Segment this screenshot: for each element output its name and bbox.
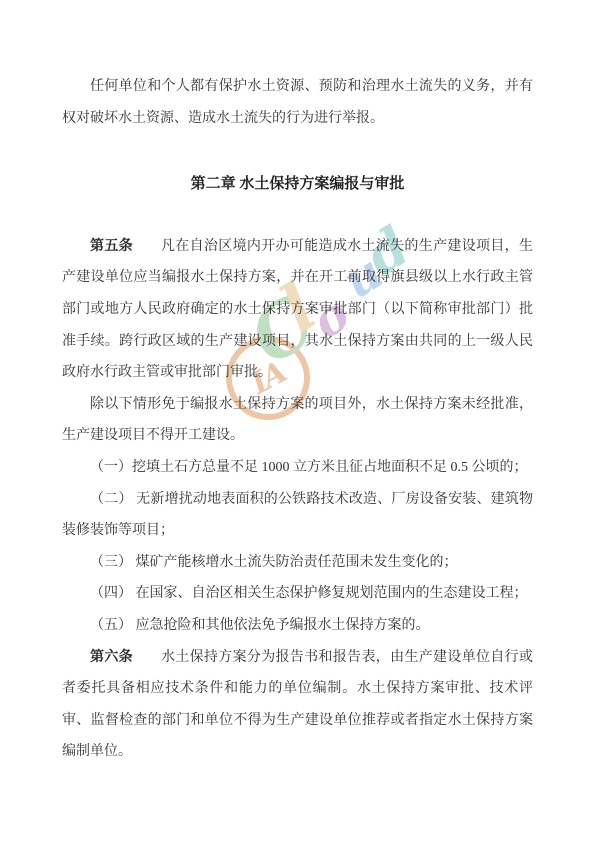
document-page: IA C l o u d 任何单位和个人都有保护水土资源、预防和治理水土流失的义… [0, 0, 595, 841]
list-item-5: （五） 应急抢险和其他依法免予编报水土保持方案的。 [62, 610, 533, 642]
article-5-label: 第五条 [90, 239, 133, 254]
list-item-4-text: （四） 在国家、自治区相关生态保护修复规划范围内的生态建设工程； [90, 586, 528, 601]
document-content: 任何单位和个人都有保护水土资源、预防和治理水土流失的义务，并有权对破坏水土资源、… [0, 0, 595, 768]
article-6-paragraph: 第六条水土保持方案分为报告书和报告表，由生产建设单位自行或者委托具备相应技术条件… [62, 642, 533, 768]
list-item-3-text: （三） 煤矿产能核增水土流失防治责任范围未发生变化的； [90, 555, 458, 570]
list-item-2: （二） 无新增扰动地表面积的公铁路技术改造、厂房设备安装、建筑物装修装饰等项目； [62, 484, 533, 547]
list-item-1: （一）挖填土石方总量不足 1000 立方米且征占地面积不足 0.5 公顷的； [62, 452, 533, 484]
list-item-4: （四） 在国家、自治区相关生态保护修复规划范围内的生态建设工程； [62, 578, 533, 610]
paragraph-intro: 任何单位和个人都有保护水土资源、预防和治理水土流失的义务，并有权对破坏水土资源、… [62, 71, 533, 134]
list-item-3: （三） 煤矿产能核增水土流失防治责任范围未发生变化的； [62, 547, 533, 579]
article-5-text: 凡在自治区境内开办可能造成水土流失的生产建设项目，生产建设单位应当编报水土保持方… [62, 239, 533, 380]
chapter-heading: 第二章 水土保持方案编报与审批 [62, 169, 533, 201]
article-5-paragraph: 第五条凡在自治区境内开办可能造成水土流失的生产建设项目，生产建设单位应当编报水土… [62, 231, 533, 389]
list-item-5-text: （五） 应急抢险和其他依法免予编报水土保持方案的。 [90, 618, 430, 633]
article-6-label: 第六条 [90, 650, 133, 665]
article-6-text: 水土保持方案分为报告书和报告表，由生产建设单位自行或者委托具备相应技术条件和能力… [62, 650, 533, 760]
paragraph-exemption-intro: 除以下情形免于编报水土保持方案的项目外，水土保持方案未经批准，生产建设项目不得开… [62, 389, 533, 452]
list-item-2-text: （二） 无新增扰动地表面积的公铁路技术改造、厂房设备安装、建筑物装修装饰等项目； [62, 492, 533, 539]
list-item-1-text: （一）挖填土石方总量不足 1000 立方米且征占地面积不足 0.5 公顷的； [90, 460, 528, 475]
paragraph-intro-text: 任何单位和个人都有保护水土资源、预防和治理水土流失的义务，并有权对破坏水土资源、… [62, 79, 533, 126]
paragraph-exemption-intro-text: 除以下情形免于编报水土保持方案的项目外，水土保持方案未经批准，生产建设项目不得开… [62, 397, 533, 444]
